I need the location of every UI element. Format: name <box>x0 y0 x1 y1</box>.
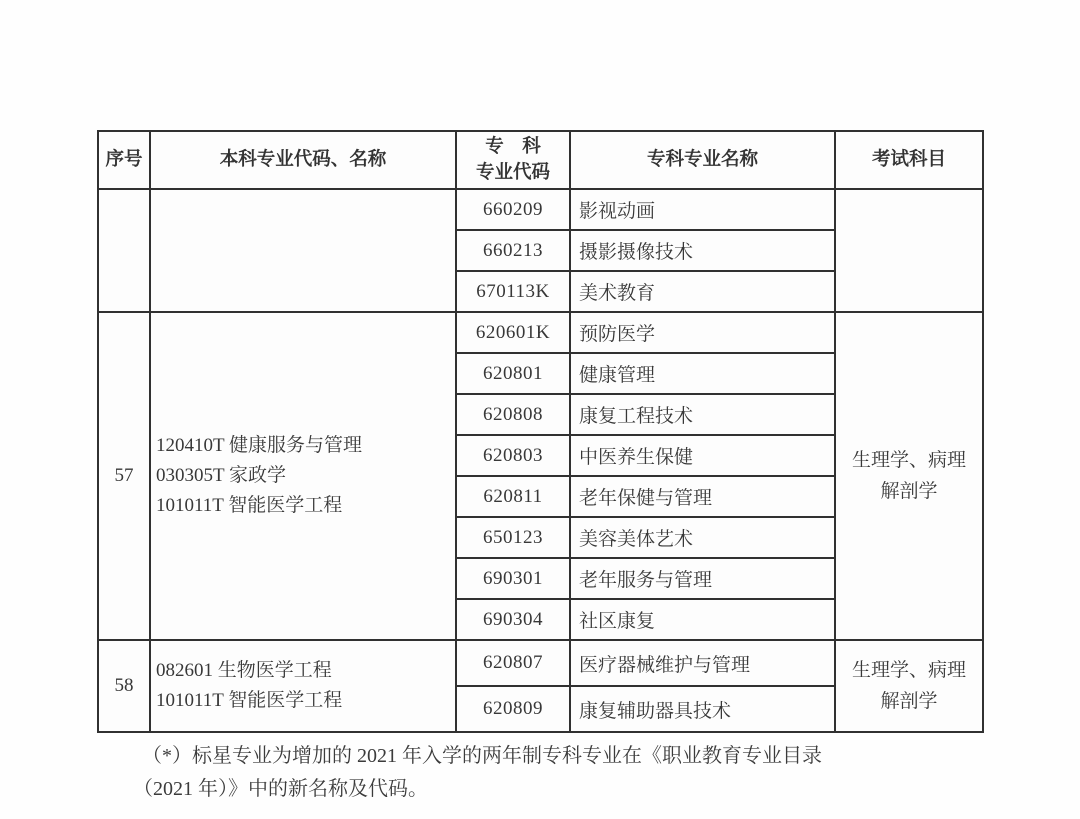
name-cell: 康复工程技术 <box>570 394 835 435</box>
code-cell: 660209 <box>456 189 570 230</box>
header-code-line2: 专业代码 <box>457 160 569 186</box>
document-page: 序号 本科专业代码、名称 专 科 专业代码 专科专业名称 考试科目 660209… <box>0 0 1080 819</box>
code-cell: 620801 <box>456 353 570 394</box>
exam-cell: 生理学、病理解剖学 <box>835 640 983 732</box>
header-row: 序号 本科专业代码、名称 专 科 专业代码 专科专业名称 考试科目 <box>98 131 983 189</box>
major-codes-table: 序号 本科专业代码、名称 专 科 专业代码 专科专业名称 考试科目 660209… <box>97 130 984 733</box>
table-row: 58 082601 生物医学工程 101011T 智能医学工程 620807 医… <box>98 640 983 686</box>
code-cell: 620808 <box>456 394 570 435</box>
name-cell: 老年服务与管理 <box>570 558 835 599</box>
code-cell: 620601K <box>456 312 570 353</box>
header-seq: 序号 <box>98 131 150 189</box>
code-cell: 650123 <box>456 517 570 558</box>
name-cell: 美术教育 <box>570 271 835 312</box>
header-exam: 考试科目 <box>835 131 983 189</box>
name-cell: 老年保健与管理 <box>570 476 835 517</box>
exam-cell <box>835 189 983 312</box>
undergrad-line: 101011T 智能医学工程 <box>156 491 451 521</box>
name-cell: 社区康复 <box>570 599 835 640</box>
undergrad-cell: 082601 生物医学工程 101011T 智能医学工程 <box>150 640 456 732</box>
undergrad-cell: 120410T 健康服务与管理 030305T 家政学 101011T 智能医学… <box>150 312 456 640</box>
code-cell: 620807 <box>456 640 570 686</box>
name-cell: 摄影摄像技术 <box>570 230 835 271</box>
footnote-line1: （*）标星专业为增加的 2021 年入学的两年制专科专业在《职业教育专业目录 <box>133 740 822 773</box>
undergrad-line: 101011T 智能医学工程 <box>156 686 451 716</box>
header-code: 专 科 专业代码 <box>456 131 570 189</box>
code-cell: 620811 <box>456 476 570 517</box>
name-cell: 康复辅助器具技术 <box>570 686 835 732</box>
name-cell: 医疗器械维护与管理 <box>570 640 835 686</box>
code-cell: 660213 <box>456 230 570 271</box>
name-cell: 健康管理 <box>570 353 835 394</box>
header-undergrad: 本科专业代码、名称 <box>150 131 456 189</box>
seq-cell: 58 <box>98 640 150 732</box>
name-cell: 预防医学 <box>570 312 835 353</box>
footnote-line2: （2021 年）》中的新名称及代码。 <box>133 773 822 806</box>
seq-cell: 57 <box>98 312 150 640</box>
undergrad-cell <box>150 189 456 312</box>
code-cell: 620809 <box>456 686 570 732</box>
exam-cell: 生理学、病理解剖学 <box>835 312 983 640</box>
header-code-line1: 专 科 <box>457 134 569 160</box>
footnote: （*）标星专业为增加的 2021 年入学的两年制专科专业在《职业教育专业目录 （… <box>133 740 822 806</box>
seq-cell <box>98 189 150 312</box>
code-cell: 690301 <box>456 558 570 599</box>
name-cell: 美容美体艺术 <box>570 517 835 558</box>
undergrad-line: 082601 生物医学工程 <box>156 656 451 686</box>
name-cell: 影视动画 <box>570 189 835 230</box>
undergrad-line: 030305T 家政学 <box>156 461 451 491</box>
code-cell: 670113K <box>456 271 570 312</box>
undergrad-line: 120410T 健康服务与管理 <box>156 431 451 461</box>
name-cell: 中医养生保健 <box>570 435 835 476</box>
table-row: 57 120410T 健康服务与管理 030305T 家政学 101011T 智… <box>98 312 983 353</box>
table-row: 660209 影视动画 <box>98 189 983 230</box>
code-cell: 620803 <box>456 435 570 476</box>
code-cell: 690304 <box>456 599 570 640</box>
header-name: 专科专业名称 <box>570 131 835 189</box>
